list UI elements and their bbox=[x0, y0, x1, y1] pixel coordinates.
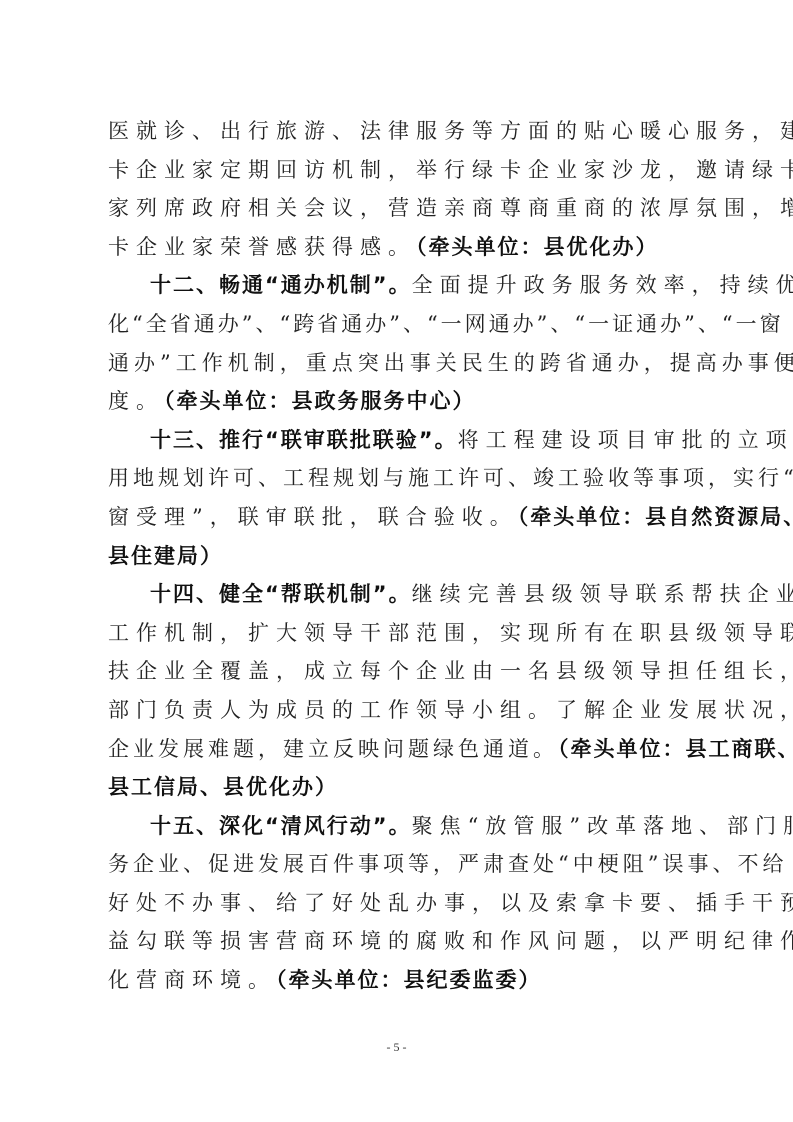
text: 工作机制，扩大领导干部范围，实现所有在职县级领导联系帮 bbox=[108, 621, 793, 645]
section-15: 十五、深化“清风行动”。聚焦“放管服”改革落地、部门服 务企业、促进发展百件事项… bbox=[108, 807, 690, 1000]
text-line: 工作机制，扩大领导干部范围，实现所有在职县级领导联系帮 bbox=[108, 614, 690, 653]
lead-unit: 县住建局） bbox=[108, 544, 223, 568]
text: 务企业、促进发展百件事项等，严肃查处“中梗阻”误事、不给 bbox=[108, 852, 787, 876]
section-14: 十四、健全“帮联机制”。继续完善县级领导联系帮扶企业 工作机制，扩大领导干部范围… bbox=[108, 575, 690, 807]
lead-unit: 县工信局、县优化办） bbox=[108, 775, 338, 799]
lead-unit: （牵头单位：县优化办） bbox=[416, 235, 659, 259]
section-13: 十三、推行“联审联批联验”。将工程建设项目审批的立项、 用地规划许可、工程规划与… bbox=[108, 421, 690, 575]
page-number: - 5 - bbox=[0, 1040, 793, 1055]
text-line: 县住建局） bbox=[108, 537, 690, 576]
section-12: 十二、畅通“通办机制”。全面提升政务服务效率，持续优 化“全省通办”、“跨省通办… bbox=[108, 266, 690, 420]
text: 全面提升政务服务效率，持续优 bbox=[412, 273, 793, 297]
text-line: 十五、深化“清风行动”。聚焦“放管服”改革落地、部门服 bbox=[108, 807, 690, 846]
text-line: 扶企业全覆盖，成立每个企业由一名县级领导担任组长，相关 bbox=[108, 652, 690, 691]
text: 度。 bbox=[108, 389, 164, 413]
text-line: 通办”工作机制，重点突出事关民生的跨省通办，提高办事便利 bbox=[108, 344, 690, 383]
lead-unit: （牵头单位：县工商联、 bbox=[558, 737, 793, 761]
text-line: 卡企业家荣誉感获得感。（牵头单位：县优化办） bbox=[108, 228, 690, 267]
text-line: 医就诊、出行旅游、法律服务等方面的贴心暖心服务，建立绿 bbox=[108, 112, 690, 151]
text: 扶企业全覆盖，成立每个企业由一名县级领导担任组长，相关 bbox=[108, 659, 793, 683]
text: 用地规划许可、工程规划与施工许可、竣工验收等事项，实行“一 bbox=[108, 466, 793, 490]
text-line: 十三、推行“联审联批联验”。将工程建设项目审批的立项、 bbox=[108, 421, 690, 460]
text-line: 度。（牵头单位：县政务服务中心） bbox=[108, 382, 690, 421]
text-line: 化“全省通办”、“跨省通办”、“一网通办”、“一证通办”、“一窗 bbox=[108, 305, 690, 344]
text-line: 化营商环境。（牵头单位：县纪委监委） bbox=[108, 961, 690, 1000]
text: 医就诊、出行旅游、法律服务等方面的贴心暖心服务，建立绿 bbox=[108, 119, 793, 143]
lead-unit: （牵头单位：县纪委监委） bbox=[276, 968, 542, 992]
text-line: 十二、畅通“通办机制”。全面提升政务服务效率，持续优 bbox=[108, 266, 690, 305]
lead-unit: （牵头单位：县政务服务中心） bbox=[164, 389, 476, 413]
section-heading: 十二、畅通“通办机制”。 bbox=[150, 273, 412, 297]
text-line: 十四、健全“帮联机制”。继续完善县级领导联系帮扶企业 bbox=[108, 575, 690, 614]
text-line: 县工信局、县优化办） bbox=[108, 768, 690, 807]
text-line: 务企业、促进发展百件事项等，严肃查处“中梗阻”误事、不给 bbox=[108, 845, 690, 884]
text: 好处不办事、给了好处乱办事，以及索拿卡要、插手干预、利 bbox=[108, 891, 793, 915]
text: 窗受理”，联审联批，联合验收。 bbox=[108, 505, 518, 529]
text: 继续完善县级领导联系帮扶企业 bbox=[412, 582, 793, 606]
section-continuation: 医就诊、出行旅游、法律服务等方面的贴心暖心服务，建立绿 卡企业家定期回访机制，举… bbox=[108, 112, 690, 266]
section-heading: 十五、深化“清风行动”。 bbox=[150, 814, 412, 838]
text: 通办”工作机制，重点突出事关民生的跨省通办，提高办事便利 bbox=[108, 351, 793, 375]
text-line: 好处不办事、给了好处乱办事，以及索拿卡要、插手干预、利 bbox=[108, 884, 690, 923]
text-line: 用地规划许可、工程规划与施工许可、竣工验收等事项，实行“一 bbox=[108, 459, 690, 498]
text: 部门负责人为成员的工作领导小组。了解企业发展状况，解决 bbox=[108, 698, 793, 722]
text-line: 部门负责人为成员的工作领导小组。了解企业发展状况，解决 bbox=[108, 691, 690, 730]
text: 将工程建设项目审批的立项、 bbox=[458, 428, 793, 452]
document-body: 医就诊、出行旅游、法律服务等方面的贴心暖心服务，建立绿 卡企业家定期回访机制，举… bbox=[108, 112, 690, 1000]
text-line: 卡企业家定期回访机制，举行绿卡企业家沙龙，邀请绿卡企业 bbox=[108, 151, 690, 190]
text: 化营商环境。 bbox=[108, 968, 276, 992]
lead-unit: （牵头单位：县自然资源局、 bbox=[518, 505, 793, 529]
text-line: 企业发展难题，建立反映问题绿色通道。（牵头单位：县工商联、 bbox=[108, 730, 690, 769]
text-line: 家列席政府相关会议，营造亲商尊商重商的浓厚氛围，增强绿 bbox=[108, 189, 690, 228]
text: 卡企业家荣誉感获得感。 bbox=[108, 235, 416, 259]
section-heading: 十三、推行“联审联批联验”。 bbox=[150, 428, 458, 452]
text: 益勾联等损害营商环境的腐败和作风问题，以严明纪律作风优 bbox=[108, 929, 793, 953]
text: 化“全省通办”、“跨省通办”、“一网通办”、“一证通办”、“一窗 bbox=[108, 312, 784, 336]
text-line: 窗受理”，联审联批，联合验收。（牵头单位：县自然资源局、 bbox=[108, 498, 690, 537]
text: 企业发展难题，建立反映问题绿色通道。 bbox=[108, 737, 558, 761]
text: 家列席政府相关会议，营造亲商尊商重商的浓厚氛围，增强绿 bbox=[108, 196, 793, 220]
text: 卡企业家定期回访机制，举行绿卡企业家沙龙，邀请绿卡企业 bbox=[108, 158, 793, 182]
text: 聚焦“放管服”改革落地、部门服 bbox=[412, 814, 793, 838]
text-line: 益勾联等损害营商环境的腐败和作风问题，以严明纪律作风优 bbox=[108, 922, 690, 961]
section-heading: 十四、健全“帮联机制”。 bbox=[150, 582, 412, 606]
